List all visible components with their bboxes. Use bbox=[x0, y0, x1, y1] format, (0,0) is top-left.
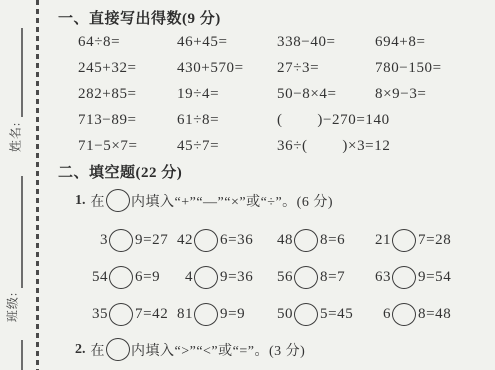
operand-right: 8=7 bbox=[320, 269, 345, 286]
fill-operator-row: 35 7=42 81 9=9 50 5=45 6 8=48 bbox=[0, 302, 495, 326]
equation-cell: ( )−270=140 bbox=[277, 112, 390, 128]
answer-circle bbox=[106, 189, 130, 212]
instruction-text-post: 内填入“+”“—”“×”或“÷”。(6 分) bbox=[131, 191, 333, 211]
answer-circle bbox=[194, 303, 218, 326]
operand-left: 56 bbox=[271, 269, 294, 286]
equation-cell: 338−40= bbox=[277, 34, 336, 50]
equation-cell: 64÷8= bbox=[78, 34, 120, 50]
operand-right: 8=6 bbox=[320, 232, 345, 249]
answer-circle bbox=[294, 303, 318, 326]
answer-circle bbox=[392, 266, 416, 289]
answer-circle bbox=[294, 229, 318, 252]
operand-right: 9=27 bbox=[135, 232, 168, 249]
answer-circle bbox=[392, 303, 416, 326]
fill-operator-cell: 21 7=28 bbox=[369, 228, 451, 252]
fill-operator-cell: 35 7=42 bbox=[86, 302, 168, 326]
question2-instruction: 2. 在 内填入“>”“<”或“=”。(3 分) bbox=[75, 337, 305, 362]
answer-circle bbox=[194, 266, 218, 289]
equation-cell: 19÷4= bbox=[177, 86, 219, 102]
operand-left: 42 bbox=[171, 232, 194, 249]
section1-row: 282+85= 19÷4= 50−8×4= 8×9−3= bbox=[0, 86, 495, 102]
operand-right: 7=42 bbox=[135, 306, 168, 323]
question1-instruction: 1. 在 内填入“+”“—”“×”或“÷”。(6 分) bbox=[75, 188, 333, 213]
operand-left: 4 bbox=[171, 269, 194, 286]
equation-cell: 282+85= bbox=[78, 86, 137, 102]
fill-operator-cell: 4 9=36 bbox=[171, 265, 253, 289]
equation-cell: 8×9−3= bbox=[375, 86, 426, 102]
operand-left: 50 bbox=[271, 306, 294, 323]
operand-left: 3 bbox=[86, 232, 109, 249]
fill-operator-cell: 48 8=6 bbox=[271, 228, 345, 252]
question-number: 1. bbox=[75, 193, 86, 209]
equation-cell: 713−89= bbox=[78, 112, 137, 128]
operand-right: 9=54 bbox=[418, 269, 451, 286]
fill-operator-cell: 56 8=7 bbox=[271, 265, 345, 289]
answer-circle bbox=[392, 229, 416, 252]
section1-row: 64÷8= 46+45= 338−40= 694+8= bbox=[0, 34, 495, 50]
answer-circle bbox=[194, 229, 218, 252]
answer-circle bbox=[109, 266, 133, 289]
equation-cell: 71−5×7= bbox=[78, 138, 138, 154]
operand-right: 6=9 bbox=[135, 269, 160, 286]
operand-left: 54 bbox=[86, 269, 109, 286]
fill-operator-cell: 81 9=9 bbox=[171, 302, 245, 326]
extra-fill-line bbox=[21, 340, 23, 370]
fill-operator-row: 54 6=9 4 9=36 56 8=7 63 9=54 bbox=[0, 265, 495, 289]
fill-operator-cell: 6 8=48 bbox=[369, 302, 451, 326]
operand-right: 9=36 bbox=[220, 269, 253, 286]
operand-left: 21 bbox=[369, 232, 392, 249]
instruction-text-post: 内填入“>”“<”或“=”。(3 分) bbox=[131, 340, 305, 360]
section1-row: 245+32= 430+570= 27÷3= 780−150= bbox=[0, 60, 495, 76]
equation-cell: 45÷7= bbox=[177, 138, 219, 154]
fill-operator-row: 3 9=27 42 6=36 48 8=6 21 7=28 bbox=[0, 228, 495, 252]
instruction-text-pre: 在 bbox=[91, 191, 106, 211]
operand-right: 9=9 bbox=[220, 306, 245, 323]
worksheet-page: 姓名: 班级: 一、直接写出得数(9 分) 64÷8= 46+45= 338−4… bbox=[0, 0, 495, 370]
fill-operator-cell: 54 6=9 bbox=[86, 265, 160, 289]
equation-cell: 50−8×4= bbox=[277, 86, 337, 102]
equation-cell: 245+32= bbox=[78, 60, 137, 76]
equation-cell: 694+8= bbox=[375, 34, 426, 50]
operand-left: 35 bbox=[86, 306, 109, 323]
instruction-text-pre: 在 bbox=[91, 340, 106, 360]
section2-title: 二、填空题(22 分) bbox=[58, 161, 182, 182]
section1-row: 71−5×7= 45÷7= 36÷( )×3=12 bbox=[0, 138, 495, 154]
equation-cell: 61÷8= bbox=[177, 112, 219, 128]
operand-right: 7=28 bbox=[418, 232, 451, 249]
answer-circle bbox=[109, 229, 133, 252]
fill-operator-cell: 50 5=45 bbox=[271, 302, 353, 326]
fill-operator-cell: 63 9=54 bbox=[369, 265, 451, 289]
answer-circle bbox=[109, 303, 133, 326]
operand-left: 81 bbox=[171, 306, 194, 323]
equation-cell: 46+45= bbox=[177, 34, 228, 50]
operand-right: 6=36 bbox=[220, 232, 253, 249]
operand-right: 8=48 bbox=[418, 306, 451, 323]
operand-right: 5=45 bbox=[320, 306, 353, 323]
fill-operator-cell: 42 6=36 bbox=[171, 228, 253, 252]
operand-left: 6 bbox=[369, 306, 392, 323]
operand-left: 48 bbox=[271, 232, 294, 249]
answer-circle bbox=[294, 266, 318, 289]
equation-cell: 27÷3= bbox=[277, 60, 319, 76]
equation-cell: 780−150= bbox=[375, 60, 442, 76]
fill-operator-cell: 3 9=27 bbox=[86, 228, 168, 252]
equation-cell: 36÷( )×3=12 bbox=[277, 138, 390, 154]
equation-cell: 430+570= bbox=[177, 60, 244, 76]
answer-circle bbox=[106, 338, 130, 361]
section1-row: 713−89= 61÷8= ( )−270=140 bbox=[0, 112, 495, 128]
operand-left: 63 bbox=[369, 269, 392, 286]
question-number: 2. bbox=[75, 342, 86, 358]
section1-title: 一、直接写出得数(9 分) bbox=[58, 7, 221, 28]
